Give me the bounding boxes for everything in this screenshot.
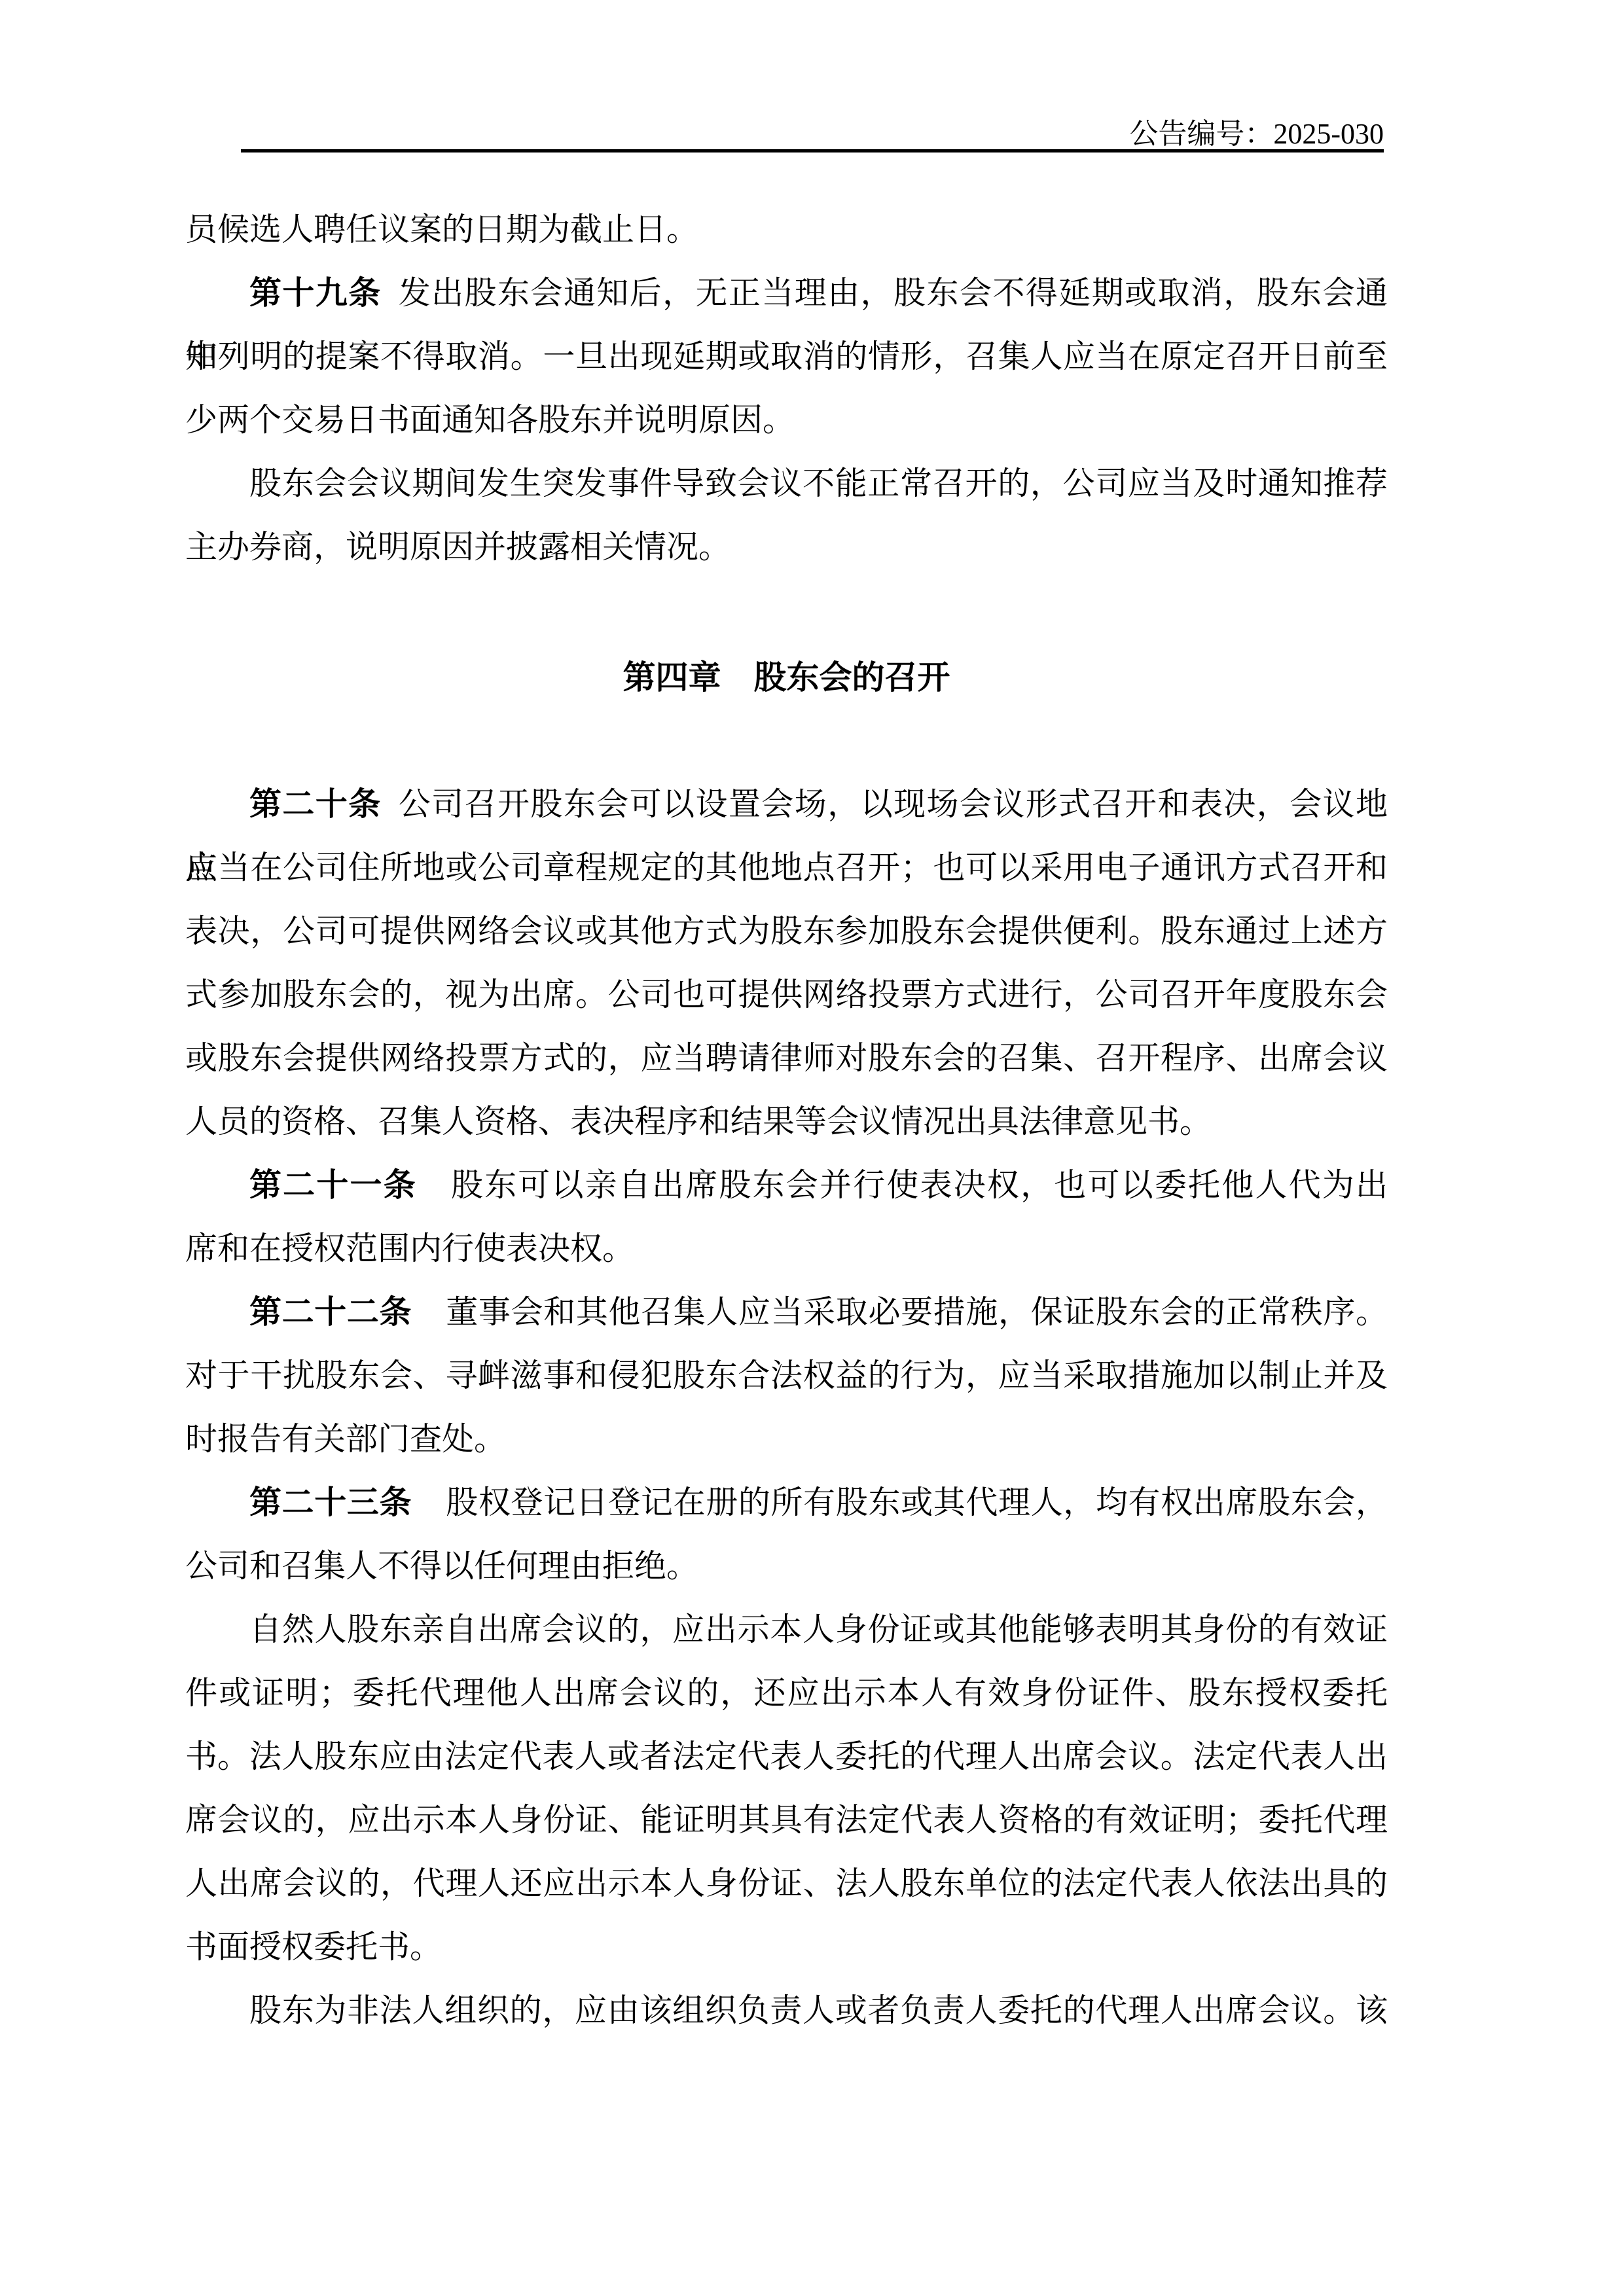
text-line: 中列明的提案不得取消。一旦出现延期或取消的情形，召集人应当在原定召开日前至 bbox=[185, 325, 1388, 388]
article-number: 第二十二条 bbox=[249, 1294, 412, 1330]
text-line: 或股东会提供网络投票方式的，应当聘请律师对股东会的召集、召开程序、出席会议 bbox=[185, 1026, 1388, 1090]
line-text: 或股东会提供网络投票方式的，应当聘请律师对股东会的召集、召开程序、出席会议 bbox=[185, 1040, 1388, 1076]
line-text: 董事会和其他召集人应当采取必要措施，保证股东会的正常秩序。 bbox=[446, 1294, 1388, 1330]
article-number: 第十九条 bbox=[249, 275, 382, 311]
line-text: 股东可以亲自出席股东会并行使表决权，也可以委托他人代为出 bbox=[451, 1167, 1388, 1203]
line-text: 书面授权委托书。 bbox=[185, 1929, 442, 1965]
line-text: 股东会会议期间发生突发事件导致会议不能正常召开的，公司应当及时通知推荐 bbox=[249, 465, 1388, 501]
text-line: 股东为非法人组织的，应由该组织负责人或者负责人委托的代理人出席会议。该 bbox=[185, 1979, 1388, 2042]
document-page: 公告编号：2025-030 员候选人聘任议案的日期为截止日。第十九条发出股东会通… bbox=[0, 0, 1624, 2296]
text-line: 主办券商，说明原因并披露相关情况。 bbox=[185, 515, 1388, 579]
line-text: 席和在授权范围内行使表决权。 bbox=[185, 1230, 634, 1266]
line-text: 员候选人聘任议案的日期为截止日。 bbox=[185, 211, 698, 247]
chapter-number: 第四章 bbox=[623, 659, 721, 696]
text-line: 第二十一条股东可以亲自出席股东会并行使表决权，也可以委托他人代为出 bbox=[185, 1153, 1388, 1217]
line-text: 应当在公司住所地或公司章程规定的其他地点召开；也可以采用电子通讯方式召开和 bbox=[185, 850, 1388, 886]
text-line: 式参加股东会的，视为出席。公司也可提供网络投票方式进行，公司召开年度股东会 bbox=[185, 963, 1388, 1026]
text-line: 法人股东应由法定代表人或者法定代表人委托的代理人出席会议。法定代表人出 bbox=[185, 1725, 1388, 1788]
text-line: 件或证明；委托代理他人出席会议的，还应出示本人有效身份证件、股东授权委托书。 bbox=[185, 1661, 1388, 1725]
line-text: 公司和召集人不得以任何理由拒绝。 bbox=[185, 1548, 698, 1584]
line-text: 股东为非法人组织的，应由该组织负责人或者负责人委托的代理人出席会议。该 bbox=[249, 1992, 1388, 2028]
line-text: 人员的资格、召集人资格、表决程序和结果等会议情况出具法律意见书。 bbox=[185, 1103, 1212, 1139]
article-number: 第二十三条 bbox=[249, 1484, 412, 1520]
line-text: 表决，公司可提供网络会议或其他方式为股东参加股东会提供便利。股东通过上述方 bbox=[185, 913, 1388, 949]
line-text: 自然人股东亲自出席会议的，应出示本人身份证或其他能够表明其身份的有效证 bbox=[249, 1611, 1388, 1647]
line-text: 股权登记日登记在册的所有股东或其代理人，均有权出席股东会， bbox=[446, 1484, 1388, 1520]
line-text: 席会议的，应出示本人身份证、能证明其具有法定代表人资格的有效证明；委托代理 bbox=[185, 1802, 1388, 1838]
text-line: 对于干扰股东会、寻衅滋事和侵犯股东合法权益的行为，应当采取措施加以制止并及 bbox=[185, 1344, 1388, 1407]
header-rule bbox=[241, 149, 1384, 152]
text-line: 时报告有关部门查处。 bbox=[185, 1407, 1388, 1471]
chapter-heading: 第四章股东会的召开 bbox=[185, 646, 1388, 709]
text-line: 第十九条发出股东会通知后，无正当理由，股东会不得延期或取消，股东会通知 bbox=[185, 261, 1388, 325]
line-text: 主办券商，说明原因并披露相关情况。 bbox=[185, 529, 731, 565]
text-line: 股东会会议期间发生突发事件导致会议不能正常召开的，公司应当及时通知推荐 bbox=[185, 452, 1388, 515]
line-text: 中列明的提案不得取消。一旦出现延期或取消的情形，召集人应当在原定召开日前至 bbox=[185, 338, 1388, 374]
text-line: 表决，公司可提供网络会议或其他方式为股东参加股东会提供便利。股东通过上述方 bbox=[185, 899, 1388, 963]
text-line: 书面授权委托书。 bbox=[185, 1915, 1388, 1979]
text-line: 员候选人聘任议案的日期为截止日。 bbox=[185, 198, 1388, 261]
text-line: 人员的资格、召集人资格、表决程序和结果等会议情况出具法律意见书。 bbox=[185, 1090, 1388, 1153]
line-text: 少两个交易日书面通知各股东并说明原因。 bbox=[185, 402, 795, 438]
document-body: 员候选人聘任议案的日期为截止日。第十九条发出股东会通知后，无正当理由，股东会不得… bbox=[185, 198, 1388, 2042]
text-line: 席和在授权范围内行使表决权。 bbox=[185, 1217, 1388, 1280]
article-number: 第二十一条 bbox=[249, 1167, 417, 1203]
text-line: 少两个交易日书面通知各股东并说明原因。 bbox=[185, 388, 1388, 452]
chapter-title: 股东会的召开 bbox=[754, 659, 950, 696]
text-line: 第二十二条董事会和其他召集人应当采取必要措施，保证股东会的正常秩序。 bbox=[185, 1280, 1388, 1344]
line-text: 式参加股东会的，视为出席。公司也可提供网络投票方式进行，公司召开年度股东会 bbox=[185, 977, 1388, 1013]
text-line: 第二十三条股权登记日登记在册的所有股东或其代理人，均有权出席股东会， bbox=[185, 1471, 1388, 1534]
article-number: 第二十条 bbox=[249, 786, 382, 822]
text-line: 自然人股东亲自出席会议的，应出示本人身份证或其他能够表明其身份的有效证 bbox=[185, 1598, 1388, 1661]
text-line: 人出席会议的，代理人还应出示本人身份证、法人股东单位的法定代表人依法出具的 bbox=[185, 1852, 1388, 1915]
line-text: 人出席会议的，代理人还应出示本人身份证、法人股东单位的法定代表人依法出具的 bbox=[185, 1865, 1388, 1901]
line-text: 时报告有关部门查处。 bbox=[185, 1421, 506, 1457]
text-line: 席会议的，应出示本人身份证、能证明其具有法定代表人资格的有效证明；委托代理 bbox=[185, 1788, 1388, 1852]
text-line: 第二十条公司召开股东会可以设置会场，以现场会议形式召开和表决，会议地点 bbox=[185, 772, 1388, 836]
text-line: 公司和召集人不得以任何理由拒绝。 bbox=[185, 1534, 1388, 1598]
line-text: 法人股东应由法定代表人或者法定代表人委托的代理人出席会议。法定代表人出 bbox=[249, 1738, 1388, 1774]
announcement-number: 公告编号：2025-030 bbox=[1129, 118, 1384, 151]
line-text: 对于干扰股东会、寻衅滋事和侵犯股东合法权益的行为，应当采取措施加以制止并及 bbox=[185, 1357, 1388, 1393]
text-line: 应当在公司住所地或公司章程规定的其他地点召开；也可以采用电子通讯方式召开和 bbox=[185, 836, 1388, 899]
